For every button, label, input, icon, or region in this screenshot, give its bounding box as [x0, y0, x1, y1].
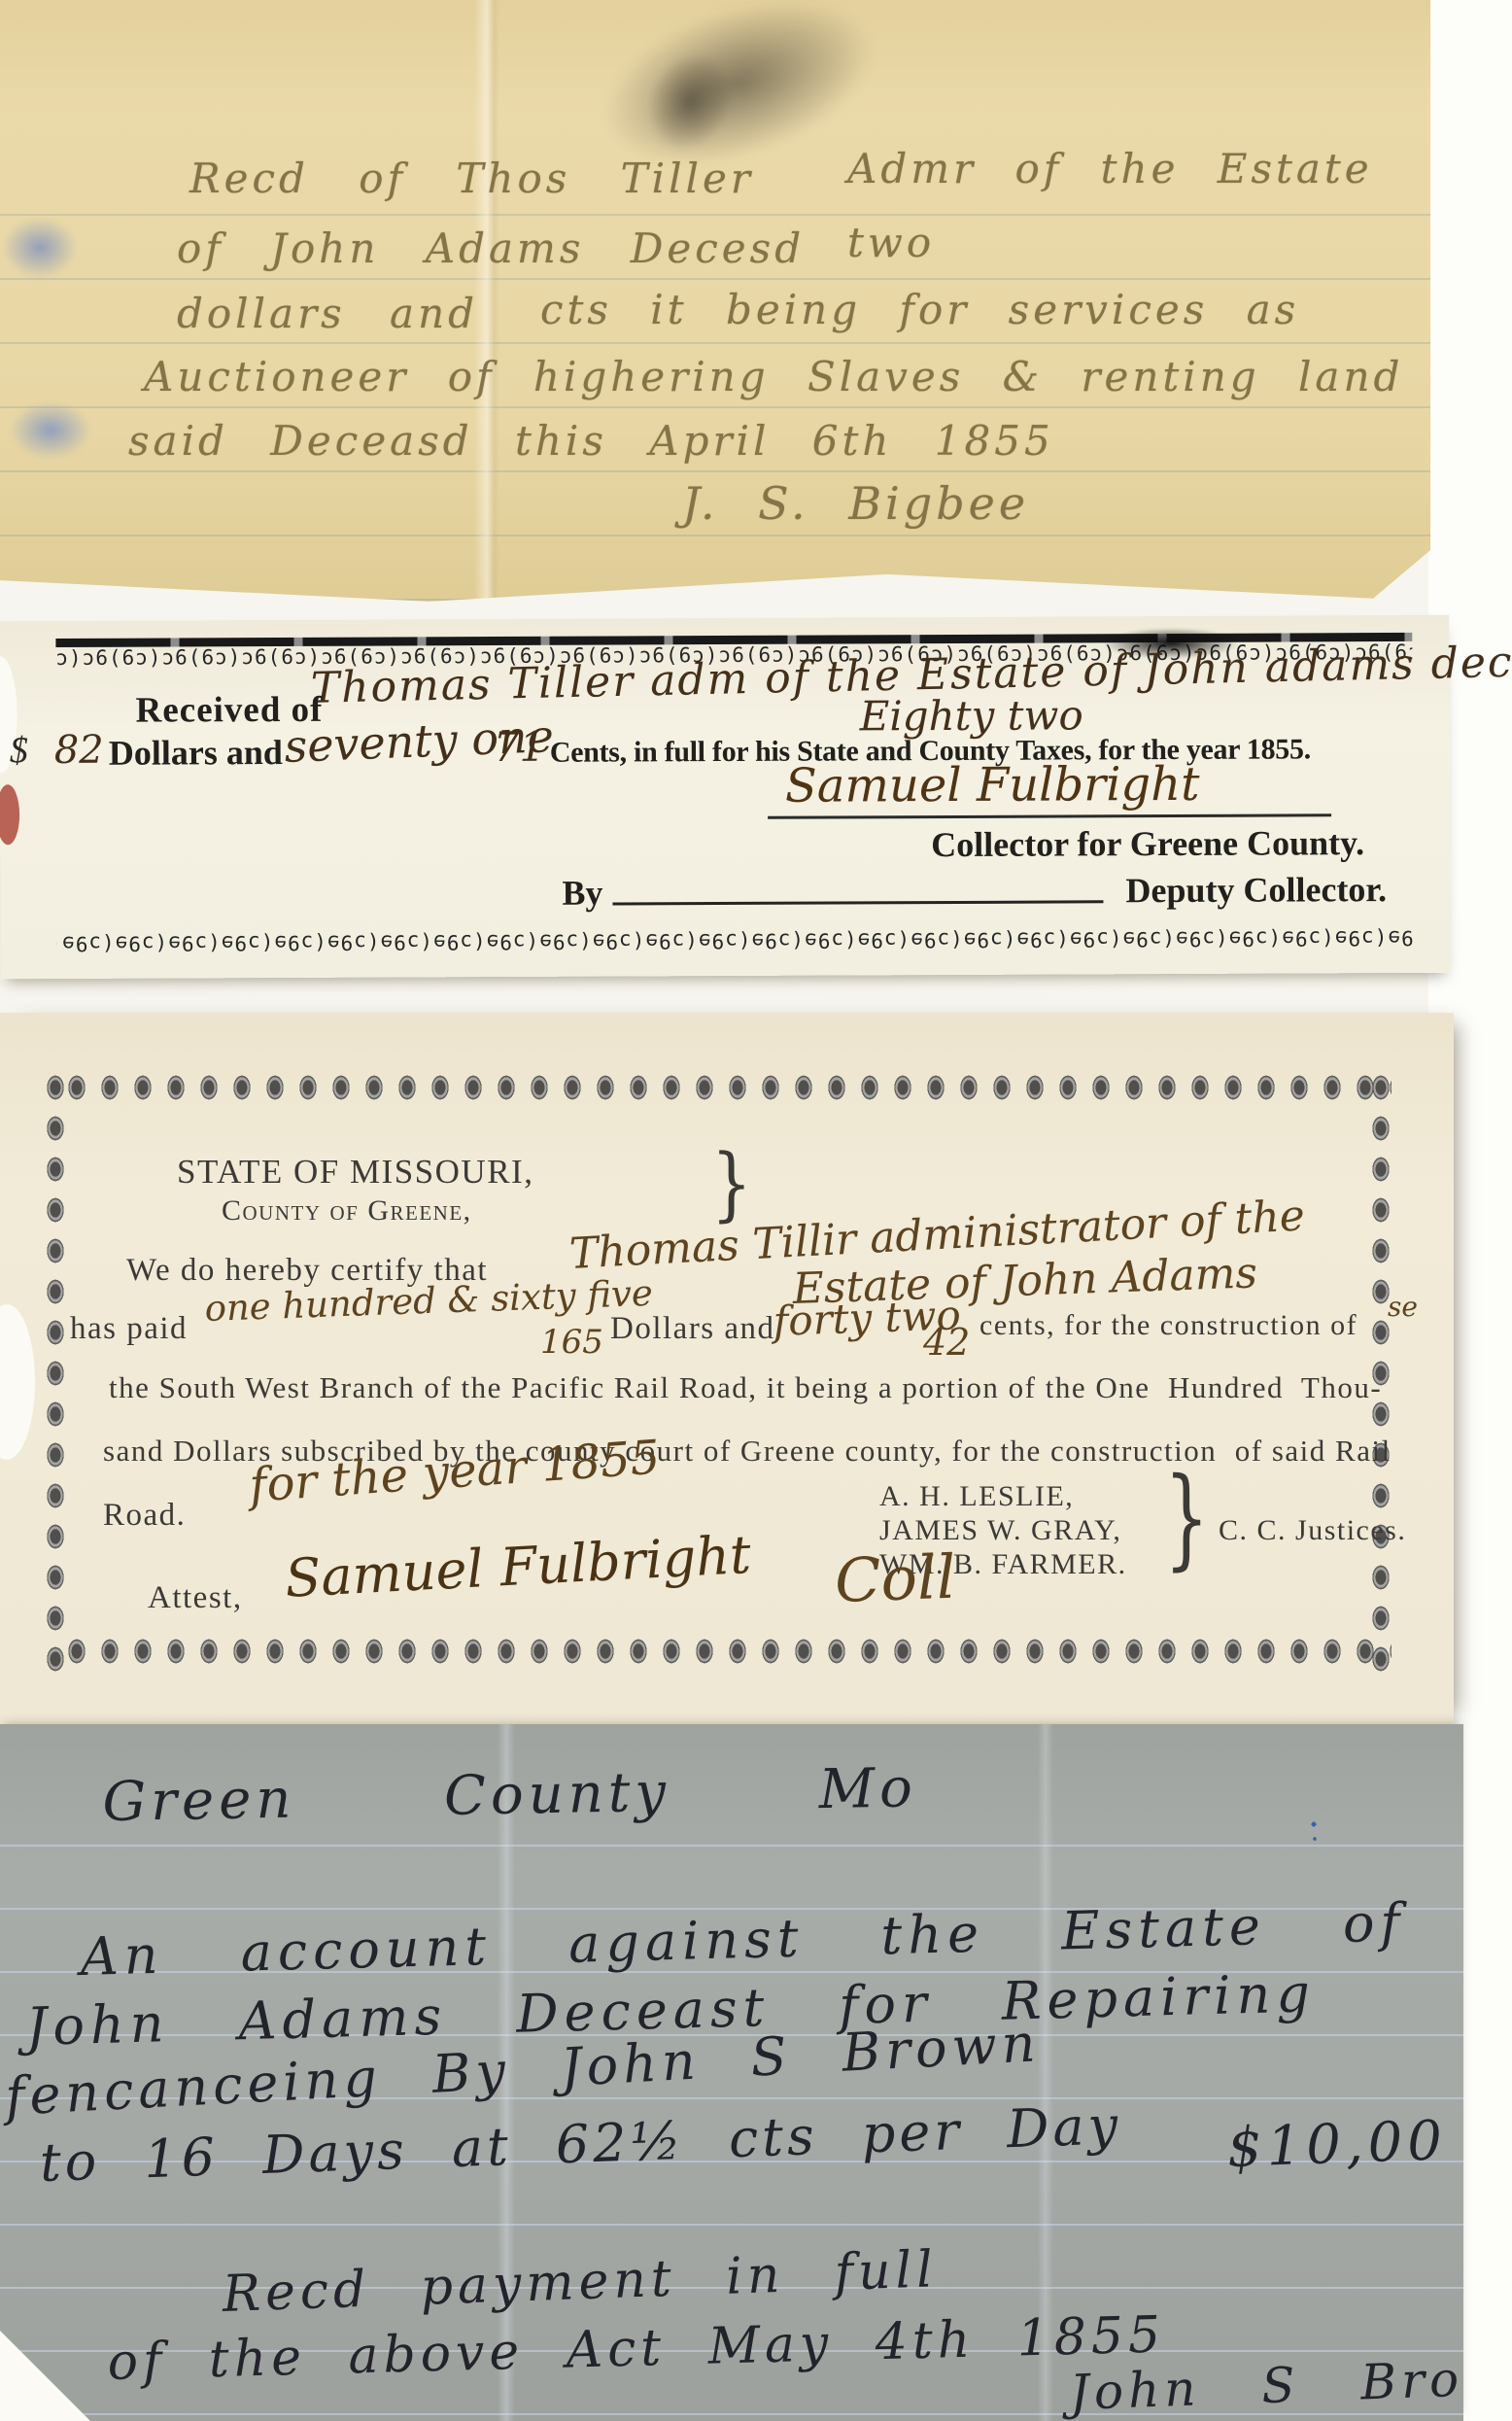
- signature-samuel-fulbright: Samuel Fulbright: [785, 760, 1200, 811]
- body-text: the South West Branch of the Pacific Rai…: [109, 1372, 1382, 1404]
- blue-ink-dots: [1310, 1819, 1318, 1845]
- handwritten-line: dollars and: [177, 293, 478, 335]
- dollars-and-label: Dollars and: [109, 735, 283, 773]
- handwritten-dollars-figure: 82: [54, 730, 104, 771]
- ornament-border-bottom: 9ɘ(ɔ9ɘ(ɔ9ɘ(ɔ9ɘ(ɔ9ɘ(ɔ9ɘ(ɔ9ɘ(ɔ9ɘ(ɔ9ɘ(ɔ9ɘ(ɔ…: [57, 924, 1414, 955]
- document-receipt-services-1855: Recd of Thos Tiller Admr of the Estate o…: [0, 0, 1430, 605]
- handwritten-note: se: [1388, 1293, 1418, 1321]
- handwritten-line: of John Adams Decesd: [177, 227, 805, 270]
- document-railroad-certificate: STATE OF MISSOURI, County of Greene, } W…: [0, 1013, 1454, 1724]
- handwritten-line: Recd of Thos Tiller: [189, 157, 754, 200]
- justices-title: C. C. Justices.: [1219, 1515, 1406, 1546]
- ornament-border-right: [1364, 1067, 1397, 1672]
- brace: }: [711, 1143, 752, 1227]
- signature-samuel-fulbright: Samuel Fulbright: [284, 1528, 752, 1608]
- torn-edge: [0, 1304, 35, 1460]
- by-label: By: [562, 876, 602, 913]
- dollars-and-label: Dollars and: [610, 1312, 775, 1346]
- justice-name: JAMES W. GRAY,: [879, 1515, 1121, 1546]
- paper-stain: [0, 204, 93, 292]
- body-text: Road.: [103, 1499, 186, 1533]
- handwritten-heading: Green County Mo: [102, 1760, 917, 1831]
- document-account-brown: Green County Mo An account against the E…: [0, 1724, 1463, 2421]
- torn-corner: [0, 2331, 92, 2421]
- paper-stain: [0, 389, 109, 471]
- handwritten-amount-words: Eighty two: [860, 694, 1083, 738]
- signature-js-bigbee: J. S. Bigbee: [682, 480, 1029, 527]
- brace: }: [1164, 1462, 1209, 1576]
- deputy-signature-rule: [612, 900, 1103, 905]
- ornament-border-top: [60, 1067, 1392, 1108]
- justice-name: A. H. LESLIE,: [879, 1481, 1074, 1512]
- cents-construction-text: cents, for the construction of: [979, 1310, 1357, 1341]
- county-of-greene: County of Greene,: [222, 1195, 472, 1227]
- collector-title: Collector for Greene County.: [931, 825, 1364, 864]
- handwritten-line: cts it being for services as: [540, 289, 1299, 331]
- handwritten-line: said Deceasd this April 6th 1855: [128, 420, 1054, 463]
- state-of-missouri: STATE OF MISSOURI,: [177, 1155, 533, 1191]
- attest-label: Attest,: [148, 1581, 243, 1615]
- ornament-border-left: [39, 1067, 72, 1672]
- handwritten-amount: $10,00: [1226, 2113, 1448, 2178]
- scanned-documents-page: Recd of Thos Tiller Admr of the Estate o…: [0, 0, 1512, 2421]
- handwritten-cents-figure: 71: [494, 726, 546, 769]
- signature-flourish: Coll: [834, 1545, 957, 1612]
- has-paid-label: has paid: [70, 1312, 188, 1346]
- dollar-sign: $: [10, 732, 28, 771]
- handwritten-line: Admr of the Estate: [847, 148, 1373, 190]
- ornament-border-bottom: [60, 1631, 1392, 1672]
- handwritten-line: two: [847, 222, 935, 264]
- handwritten-cents-figure: 42: [923, 1324, 970, 1363]
- red-paper-fragment: [0, 784, 19, 845]
- ruled-lines: [0, 214, 1430, 603]
- handwritten-amount-figure: 165: [540, 1326, 603, 1361]
- deputy-collector-title: Deputy Collector.: [1125, 872, 1387, 910]
- document-tax-receipt-1855: ɔ)ɔ6(6ɔ)ɔ6(6ɔ)ɔ6(6ɔ)ɔ6(6ɔ)ɔ6(6ɔ)ɔ6(6ɔ)ɔ6…: [0, 615, 1451, 980]
- handwritten-line: Auctioneer of highering Slaves & renting…: [144, 356, 1490, 398]
